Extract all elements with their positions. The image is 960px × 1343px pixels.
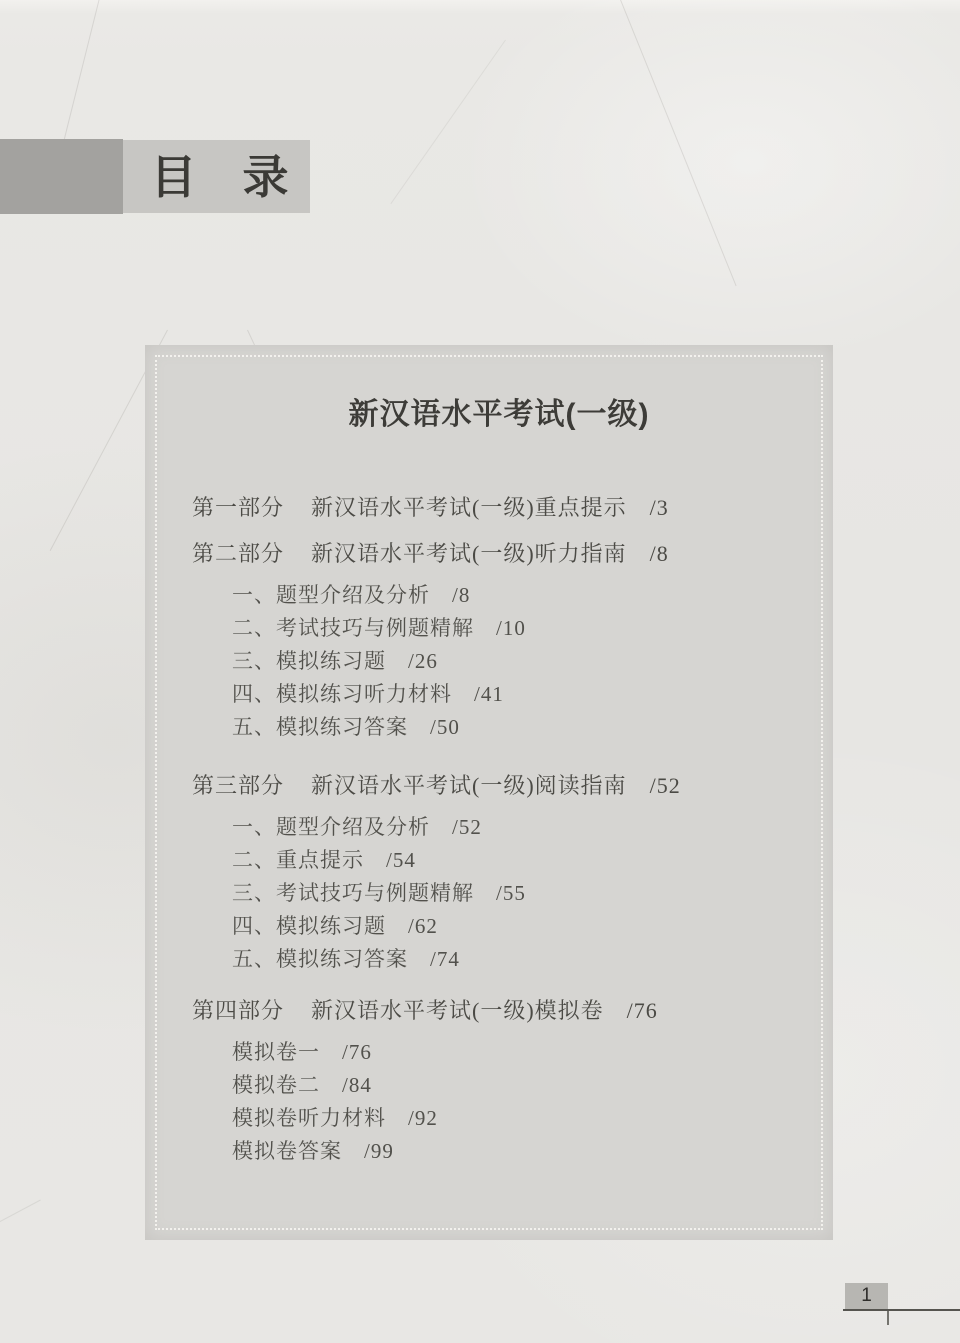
item-page-ref: /55 xyxy=(496,881,526,905)
paper-crease xyxy=(612,0,737,286)
part-title: 新汉语水平考试(一级)重点提示 xyxy=(311,495,627,520)
toc-item: 五、模拟练习答案/74 xyxy=(232,943,833,976)
part-header: 第四部分新汉语水平考试(一级)模拟卷/76 xyxy=(192,998,833,1024)
part-header: 第一部分新汉语水平考试(一级)重点提示/3 xyxy=(192,495,833,521)
toc-part: 第四部分新汉语水平考试(一级)模拟卷/76 模拟卷一/76 模拟卷二/84 模拟… xyxy=(145,998,833,1168)
toc-heading: 目 录 xyxy=(145,154,289,200)
paper-crease xyxy=(390,40,506,204)
part-title: 新汉语水平考试(一级)听力指南 xyxy=(311,541,627,566)
item-title: 模拟卷听力材料 xyxy=(232,1106,386,1130)
part-label: 第二部分 xyxy=(192,541,284,566)
part-label: 第三部分 xyxy=(192,773,284,798)
item-title: 模拟卷二 xyxy=(232,1073,320,1097)
toc-item: 一、题型介绍及分析/52 xyxy=(232,811,833,844)
toc-item: 模拟卷二/84 xyxy=(232,1069,833,1102)
footer-tick xyxy=(887,1311,889,1325)
item-page-ref: /62 xyxy=(408,914,438,938)
item-page-ref: /10 xyxy=(496,616,526,640)
item-title: 五、模拟练习答案 xyxy=(232,947,408,971)
item-title: 模拟卷一 xyxy=(232,1040,320,1064)
item-page-ref: /74 xyxy=(430,947,460,971)
scanned-document-page: 目 录 新汉语水平考试(一级) 第一部分新汉语水平考试(一级)重点提示/3 第二… xyxy=(0,0,960,1343)
part-page-ref: /76 xyxy=(627,998,658,1023)
banner-light-block: 目 录 xyxy=(123,140,310,213)
item-title: 三、模拟练习题 xyxy=(232,649,386,673)
part-page-ref: /3 xyxy=(650,495,669,520)
part-items: 一、题型介绍及分析/8 二、考试技巧与例题精解/10 三、模拟练习题/26 四、… xyxy=(145,579,833,744)
toc-item: 二、重点提示/54 xyxy=(232,844,833,877)
part-label: 第一部分 xyxy=(192,495,284,520)
item-title: 一、题型介绍及分析 xyxy=(232,815,430,839)
item-title: 二、重点提示 xyxy=(232,848,364,872)
toc-item: 模拟卷听力材料/92 xyxy=(232,1102,833,1135)
toc-part: 第一部分新汉语水平考试(一级)重点提示/3 xyxy=(145,495,833,521)
part-items: 一、题型介绍及分析/52 二、重点提示/54 三、考试技巧与例题精解/55 四、… xyxy=(145,811,833,976)
item-title: 三、考试技巧与例题精解 xyxy=(232,881,474,905)
item-page-ref: /52 xyxy=(452,815,482,839)
toc-item: 模拟卷答案/99 xyxy=(232,1135,833,1168)
part-page-ref: /52 xyxy=(650,773,681,798)
item-page-ref: /99 xyxy=(364,1139,394,1163)
toc-item: 三、模拟练习题/26 xyxy=(232,645,833,678)
toc-item: 四、模拟练习听力材料/41 xyxy=(232,678,833,711)
item-title: 一、题型介绍及分析 xyxy=(232,583,430,607)
item-title: 四、模拟练习听力材料 xyxy=(232,682,452,706)
part-header: 第三部分新汉语水平考试(一级)阅读指南/52 xyxy=(192,773,833,799)
toc-item: 四、模拟练习题/62 xyxy=(232,910,833,943)
toc-box: 新汉语水平考试(一级) 第一部分新汉语水平考试(一级)重点提示/3 第二部分新汉… xyxy=(145,345,833,1240)
toc-part: 第二部分新汉语水平考试(一级)听力指南/8 一、题型介绍及分析/8 二、考试技巧… xyxy=(145,541,833,744)
page-number-badge: 1 xyxy=(845,1283,888,1309)
item-page-ref: /8 xyxy=(452,583,470,607)
item-title: 五、模拟练习答案 xyxy=(232,715,408,739)
part-items: 模拟卷一/76 模拟卷二/84 模拟卷听力材料/92 模拟卷答案/99 xyxy=(145,1036,833,1168)
toc-part: 第三部分新汉语水平考试(一级)阅读指南/52 一、题型介绍及分析/52 二、重点… xyxy=(145,773,833,976)
item-page-ref: /50 xyxy=(430,715,460,739)
part-label: 第四部分 xyxy=(192,998,284,1023)
book-title: 新汉语水平考试(一级) xyxy=(145,397,833,433)
part-title: 新汉语水平考试(一级)模拟卷 xyxy=(311,998,604,1023)
part-header: 第二部分新汉语水平考试(一级)听力指南/8 xyxy=(192,541,833,567)
toc-banner: 目 录 xyxy=(0,139,310,214)
item-title: 四、模拟练习题 xyxy=(232,914,386,938)
toc-item: 二、考试技巧与例题精解/10 xyxy=(232,612,833,645)
toc-item: 模拟卷一/76 xyxy=(232,1036,833,1069)
item-title: 二、考试技巧与例题精解 xyxy=(232,616,474,640)
banner-dark-block xyxy=(0,139,123,214)
toc-item: 五、模拟练习答案/50 xyxy=(232,711,833,744)
footer-rule xyxy=(843,1309,960,1311)
item-page-ref: /54 xyxy=(386,848,416,872)
part-title: 新汉语水平考试(一级)阅读指南 xyxy=(311,773,627,798)
toc-item: 三、考试技巧与例题精解/55 xyxy=(232,877,833,910)
item-page-ref: /76 xyxy=(342,1040,372,1064)
item-page-ref: /84 xyxy=(342,1073,372,1097)
paper-crease xyxy=(0,1200,41,1281)
item-page-ref: /26 xyxy=(408,649,438,673)
item-title: 模拟卷答案 xyxy=(232,1139,342,1163)
toc-item: 一、题型介绍及分析/8 xyxy=(232,579,833,612)
part-page-ref: /8 xyxy=(650,541,669,566)
item-page-ref: /92 xyxy=(408,1106,438,1130)
item-page-ref: /41 xyxy=(474,682,504,706)
